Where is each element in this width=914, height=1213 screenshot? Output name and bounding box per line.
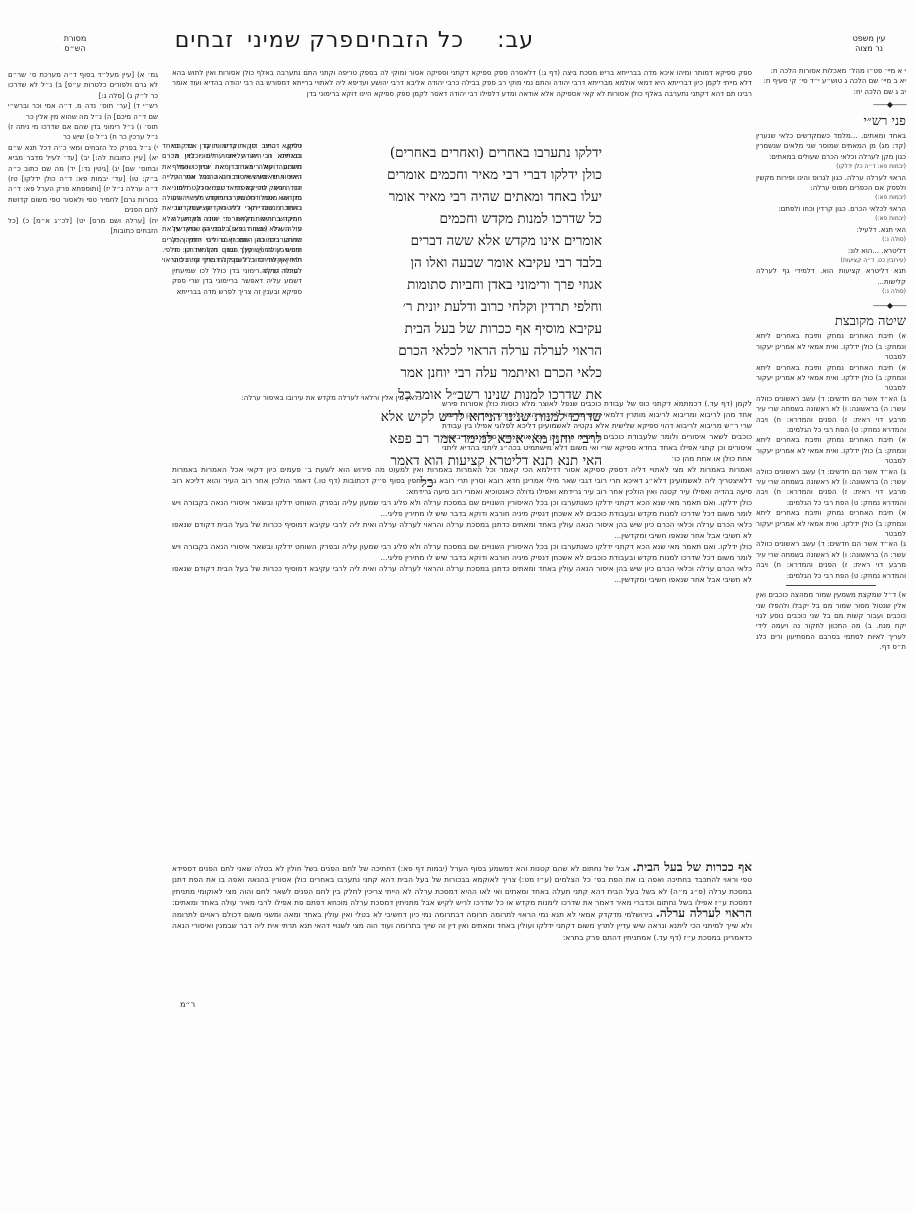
tosafot-paragraph: ואמרות באמרות לא מצי לאתויי דליה דספק ספ… xyxy=(172,464,752,497)
gemara-line: אומרים אינו מקדש אלא ששה דברים xyxy=(312,230,602,252)
perek-name: כל הזבחים xyxy=(355,28,464,53)
rashi-column: דלקן. דכתיב פן תוקדש תוקד אש: באחד ומאתי… xyxy=(162,141,302,391)
gemara-line: כלאי הכרם ואיתמר עלה רבי יוחנן אמר xyxy=(312,362,602,384)
tosafot-wide-block: לקמן (דף עד.) דכמתמא דקתני כוס של עבודת … xyxy=(172,398,752,858)
ein-mishpat-entry: י א מיי׳ פט״ו מהל׳ מאכלות אסורות הלכה ח: xyxy=(756,66,906,76)
page-header: עין משפט נר מצוה עב: כל הזבחים פרק שמיני… xyxy=(0,28,914,58)
shita-entry: ג) הא״ד אשר הם חדשים: ד) עשב ראשונים כוו… xyxy=(756,539,906,581)
masoret-entry: י) ג״ל בפרק כל הזבחים ומאי כ״ה דכל תנא ש… xyxy=(8,143,158,216)
ein-mishpat-label-2: נר מצוה xyxy=(834,44,904,54)
pnei-rashi-entry: הראוי לכלאי הכרם. כגון קרדין וכחו ולפתם: xyxy=(756,204,906,214)
pnei-rashi-ref: (סולה נ:) xyxy=(756,235,906,245)
masechet-title: זבחים xyxy=(175,28,234,53)
dibur-hamatchil: אף ככרות של בעל הבית. xyxy=(632,860,752,874)
shita-entry: א) תיבת האחרים נמחק ותיבת באחרים ליתא ונ… xyxy=(756,508,906,539)
perek-number: פרק שמיני xyxy=(247,28,354,53)
ein-mishpat-label: עין משפט נר מצוה xyxy=(834,34,904,54)
shita-entry: א) תיבת האחרים נמחק ותיבת באחרים ליתא ונ… xyxy=(756,435,906,466)
gemara-line: יעלו באחד ומאתים שהיה רבי מאיר אומר xyxy=(312,186,602,208)
gemara-line: עקיבא מוסיף אף ככרות של בעל הבית xyxy=(312,318,602,340)
gemara-line: וחלפי תרדין וקלחי כרוב ודלעת יונית ר׳ xyxy=(312,296,602,318)
pnei-rashi-entry: דליטרא. ...הוא לונ: xyxy=(756,246,906,256)
masoret-hashas-column: גמ׳ א) [עיין מעל״ד בסוף ד״ה מערכת ס׳ שר״… xyxy=(8,70,158,237)
gemara-line: ידלקו נתערבו באחרים (ואחרים באחרים) xyxy=(312,142,602,164)
gemara-line: אגוזי פרך ורימוני באדן וחביות סתומות xyxy=(312,274,602,296)
signature-mark: ר״מ xyxy=(180,1000,195,1009)
shita-mekubetzet-title: שיטה מקובצת xyxy=(756,317,906,327)
pnei-rashi-entry: תנא דליטרא קציעות הוא. דלמידי גף לערלה ק… xyxy=(756,266,906,287)
pnei-rashi-ref: (יבמות פא:) xyxy=(756,214,906,224)
tosafot-paragraph: לקמן (דף עד.) דכמתמא דקתני כוס של עבודת … xyxy=(172,398,752,464)
shita-entry: א) ד״ל שמקצת משמעין שמור ממהצה כוכבים וא… xyxy=(756,590,906,652)
shita-entry: ג) הא״ד אשר הם חדשים: ד) עשב ראשונים כוו… xyxy=(756,394,906,436)
masoret-entry: יח) [ערלה ושם מרס] יט) [לכ״ג א״מ] כ) [כל… xyxy=(8,216,158,237)
masoret-label: מסורת הש״ס xyxy=(40,34,110,54)
gemara-line: כולן ידלקו דברי רבי מאיר וחכמים אומרים xyxy=(312,164,602,186)
shita-entry: א) תיבת האחרים נמחק ותיבת באחרים ליתא ונ… xyxy=(756,331,906,362)
pnei-rashi-entry: האי תנא. דלעיל: xyxy=(756,225,906,235)
ein-mishpat-entry: יב ג שם הלכה יח: xyxy=(756,87,906,97)
shita-entry: א) תיבת האחרים נמחק ותיבת באחרים ליתא ונ… xyxy=(756,363,906,394)
masoret-entry: תוס׳ ו) נ״ל רימוני בדן שהם אם שדרכו מי נ… xyxy=(8,122,158,143)
masoret-label-1: מסורת xyxy=(40,34,110,44)
tosafot-paragraph: כלאי הכרם ערלה וכלאי הכרם כיון שיש בהן א… xyxy=(172,519,752,541)
masoret-entry: גמ׳ א) [עיין מעל״ד בסוף ד״ה מערכת ס׳ שר״… xyxy=(8,70,158,101)
rashi-text: דלקן. דכתיב פן תוקדש תוקד אש: באחד ומאתי… xyxy=(162,141,302,276)
masoret-entry: רש״י ד) [ער׳ תוס׳ נדה מ. ד״ה אמי וכר ובר… xyxy=(8,101,158,122)
talmud-page: עין משפט נר מצוה עב: כל הזבחים פרק שמיני… xyxy=(0,0,914,1213)
tosafot-paragraph: כולן ידלקו. ואם תאמר מאי שנא הכא דקתני י… xyxy=(172,497,752,519)
gemara-line: כל שדרכו למנות מקדש וחכמים xyxy=(312,208,602,230)
tosafot-paragraph: כלאי הכרם ערלה וכלאי הכרם כיון שיש בהן א… xyxy=(172,563,752,585)
pnei-rashi-ref: (יבמות פא: ד״ה כלן ידלקו) xyxy=(756,162,906,172)
tosafot-paragraph: כולן ידלקו. ואם תאמר מאי שנא הכא דקתני י… xyxy=(172,541,752,563)
daf-number: עב: xyxy=(497,28,534,53)
ein-mishpat-entry: יא ב מיי׳ שם הלכה ג טוש״ע י״ד סי׳ קי סעי… xyxy=(756,76,906,86)
pnei-rashi-entry: באחד ומאתים. ...מלמד כשמקדשים כלאי שנערי… xyxy=(756,131,906,162)
divider-line xyxy=(786,585,876,586)
ornament-divider: ——◆—— xyxy=(756,301,906,311)
masoret-label-2: הש״ס xyxy=(40,44,110,54)
shita-entry: ג) הא״ד אשר הם חדשים: ד) עשב ראשונים כוו… xyxy=(756,467,906,509)
pnei-rashi-ref: (יבמות פא:) xyxy=(756,193,906,203)
pnei-rashi-entry: הראוי לערלה ערלה. כגון לגרוס והינו ופירו… xyxy=(756,173,906,194)
gemara-line: הראוי לערלה ערלה הראוי לכלאי הכרם xyxy=(312,340,602,362)
tosafot-final-block: אף ככרות של בעל הבית. אבל של נחתום לא שה… xyxy=(172,862,752,943)
tosafot-top-block: ספק ספיקא דמותר ומיהו איכא מדה בברייתא ב… xyxy=(172,68,752,138)
ein-mishpat-column: י א מיי׳ פט״ו מהל׳ מאכלות אסורות הלכה ח:… xyxy=(756,66,906,653)
ornament-divider: ——◆—— xyxy=(756,100,906,110)
pnei-rashi-ref: (עירובין כט. ד״ה קציעות) xyxy=(756,256,906,266)
dibur-hamatchil-haraui: הראוי לערלה ערלה. xyxy=(656,906,752,920)
ein-mishpat-label-1: עין משפט xyxy=(834,34,904,44)
gemara-line: בלבד רבי עקיבא אומר שבעה ואלו הן xyxy=(312,252,602,274)
pnei-rashi-title: פני רש״י xyxy=(756,117,906,127)
pnei-rashi-ref: (סולה נ:) xyxy=(756,287,906,297)
tosafot-final-paragraph: אף ככרות של בעל הבית. אבל של נחתום לא שה… xyxy=(172,862,752,943)
tosafot-text: ספק ספיקא דמותר ומיהו איכא מדה בברייתא ב… xyxy=(172,68,752,99)
